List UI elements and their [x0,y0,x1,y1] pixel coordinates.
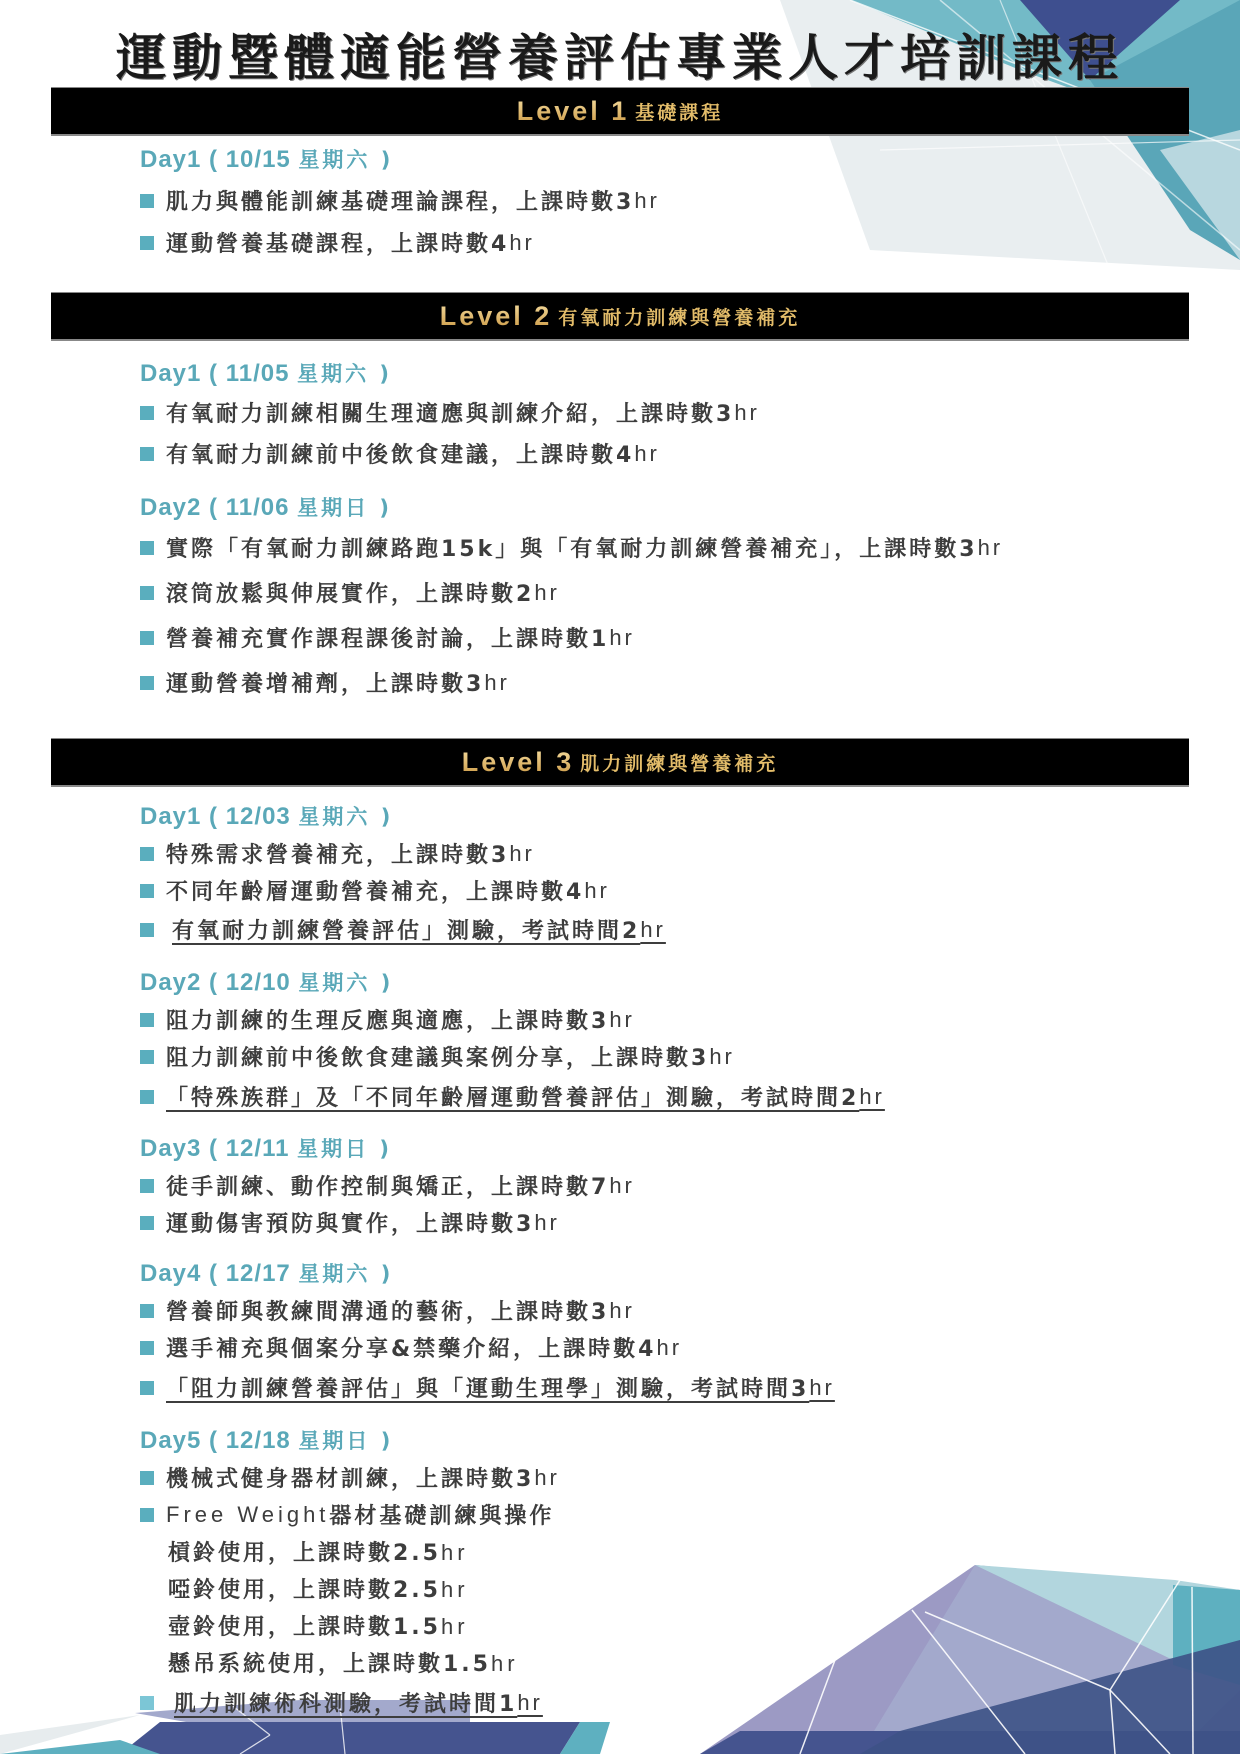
bullet-square-icon [140,676,154,690]
bullet-square-icon [140,194,154,208]
level-label: Level 3 [462,747,575,778]
bullet-square-icon [140,406,154,420]
level-3-header: Level 3 肌力訓練與營養補充 [51,738,1189,787]
level-subtitle: 有氧耐力訓練與營養補充 [558,303,800,330]
course-item: 實際「有氧耐力訓練路跑15k」與「有氧耐力訓練營養補充」，上課時數3hr [140,532,1003,563]
bullet-square-icon [140,541,154,555]
course-item: 運動營養增補劑，上課時數3hr [140,667,510,698]
bullet-square-icon [140,1381,154,1395]
bullet-square-icon [140,586,154,600]
bullet-square-icon [140,631,154,645]
page-title: 運動暨體適能營養評估專業人才培訓課程 [0,18,1240,90]
course-item: 滾筒放鬆與伸展實作，上課時數2hr [140,577,560,608]
exam-item: 有氧耐力訓練營養評估」測驗，考試時間2hr [140,914,666,945]
level-1-header: Level 1 基礎課程 [51,87,1189,136]
bullet-square-icon [140,1090,154,1104]
course-item: 營養師與教練間溝通的藝術，上課時數3hr [140,1295,635,1326]
level-label: Level 1 [517,96,630,127]
day-heading: Day5 ( 12/18 星期日 ) [140,1425,393,1455]
bullet-square-icon [140,847,154,861]
course-subitem: 懸吊系統使用，上課時數1.5hr [168,1647,519,1678]
day-heading: Day2 ( 12/10 星期六 ) [140,967,393,997]
level-subtitle: 基礎課程 [635,98,723,125]
bullet-square-icon [140,1013,154,1027]
bullet-square-icon [140,1341,154,1355]
bullet-square-icon [140,1304,154,1318]
bullet-square-icon [140,236,154,250]
level-subtitle: 肌力訓練與營養補充 [580,749,778,776]
course-item: 選手補充與個案分享&禁藥介紹，上課時數4hr [140,1332,682,1363]
bullet-square-icon [140,884,154,898]
level-2-header: Level 2 有氧耐力訓練與營養補充 [51,292,1189,341]
exam-item: 「特殊族群」及「不同年齡層運動營養評估」測驗，考試時間2hr [140,1081,885,1112]
course-item: 有氧耐力訓練相關生理適應與訓練介紹，上課時數3hr [140,397,760,428]
course-item: 有氧耐力訓練前中後飲食建議，上課時數4hr [140,438,660,469]
bullet-square-icon [140,1050,154,1064]
day-heading: Day4 ( 12/17 星期六 ) [140,1258,393,1288]
course-flyer: 運動暨體適能營養評估專業人才培訓課程 Level 1 基礎課程 Day1 ( 1… [0,0,1240,1754]
exam-item: 肌力訓練術科測驗，考試時間1hr [140,1687,543,1718]
level-label: Level 2 [440,301,553,332]
course-item: 阻力訓練前中後飲食建議與案例分享，上課時數3hr [140,1041,735,1072]
bullet-square-icon [140,1216,154,1230]
course-item: 營養補充實作課程課後討論，上課時數1hr [140,622,635,653]
day-heading: Day1 ( 10/15 星期六 ) [140,144,393,174]
day-heading: Day1 ( 11/05 星期六 ) [140,358,392,388]
course-item: 特殊需求營養補充，上課時數3hr [140,838,535,869]
course-item: 運動傷害預防與實作，上課時數3hr [140,1207,560,1238]
course-subitem: 槓鈴使用，上課時數2.5hr [168,1536,469,1567]
course-item: 機械式健身器材訓練，上課時數3hr [140,1462,560,1493]
bullet-square-icon [140,923,154,937]
course-subitem: 壺鈴使用，上課時數1.5hr [168,1610,469,1641]
day-heading: Day2 ( 11/06 星期日 ) [140,492,392,522]
course-item: Free Weight器材基礎訓練與操作 [140,1499,554,1530]
bullet-square-icon [140,447,154,461]
bullet-square-icon [140,1179,154,1193]
course-item: 運動營養基礎課程，上課時數4hr [140,227,535,258]
exam-item: 「阻力訓練營養評估」與「運動生理學」測驗，考試時間3hr [140,1372,835,1403]
course-item: 肌力與體能訓練基礎理論課程，上課時數3hr [140,185,660,216]
course-subitem: 啞鈴使用，上課時數2.5hr [168,1573,469,1604]
course-item: 徒手訓練、動作控制與矯正，上課時數7hr [140,1170,635,1201]
bullet-square-icon [140,1508,154,1522]
course-item: 阻力訓練的生理反應與適應，上課時數3hr [140,1004,635,1035]
bullet-square-icon [140,1696,154,1710]
day-heading: Day1 ( 12/03 星期六 ) [140,801,393,831]
day-heading: Day3 ( 12/11 星期日 ) [140,1133,392,1163]
bullet-square-icon [140,1471,154,1485]
course-item: 不同年齡層運動營養補充，上課時數4hr [140,875,610,906]
